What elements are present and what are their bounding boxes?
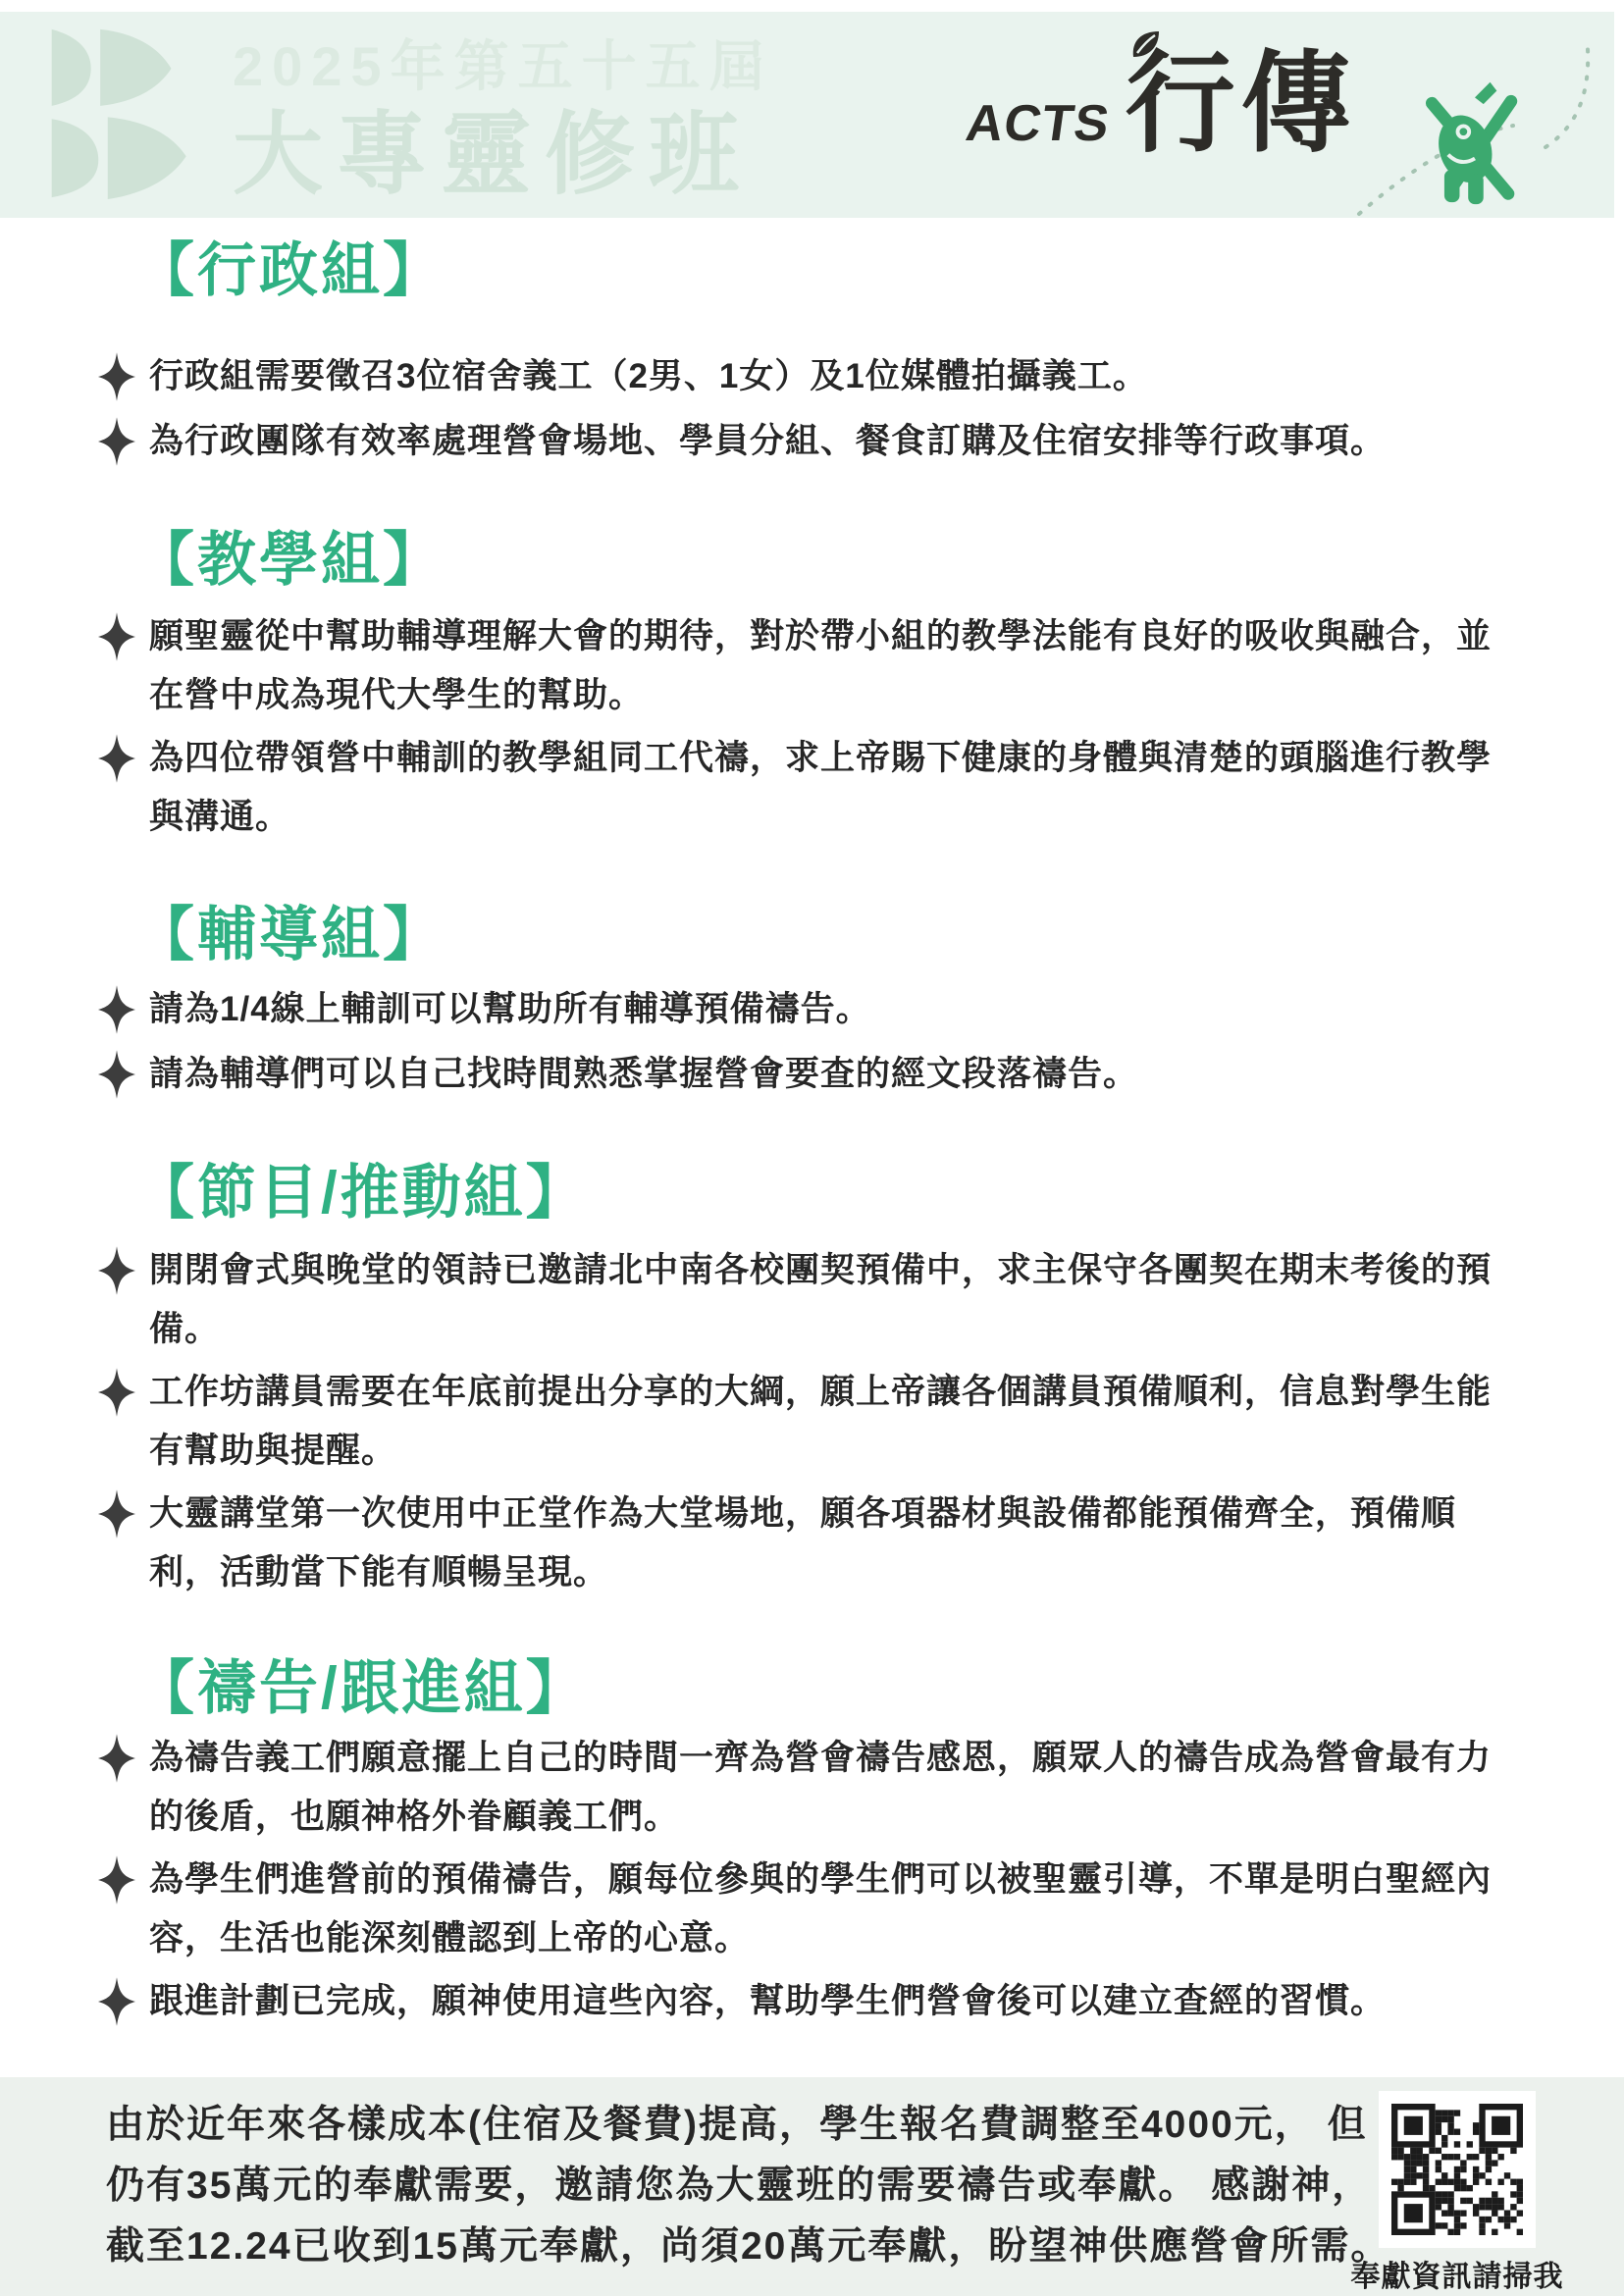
section-title-teaching: 【教學組】 bbox=[0, 525, 1624, 596]
sparkle-bullet-icon bbox=[98, 1727, 135, 1790]
bullet-text: 為學生們進營前的預備禱告，願每位參與的學生們可以被聖靈引導，不單是明白聖經內容，… bbox=[149, 1851, 1518, 1968]
sparkle-bullet-icon bbox=[98, 345, 135, 408]
bb-logo-icon bbox=[44, 27, 201, 200]
bullet-text: 工作坊講員需要在年底前提出分享的大綱，願上帝讓各個講員預備順利，信息對學生能有幫… bbox=[149, 1363, 1518, 1481]
sparkle-bullet-icon bbox=[98, 1483, 135, 1545]
bullet-list: 請為1/4線上輔訓可以幫助所有輔導預備禱告。 請為輔導們可以自己找時間熟悉掌握營… bbox=[0, 980, 1624, 1106]
camp-name: 大專靈修班 bbox=[233, 110, 773, 200]
donation-note-line: 截至12.24已收到15萬元奉獻，尚須20萬元奉獻，盼望神供應營會所需。 bbox=[106, 2217, 1390, 2277]
banner-right-margin bbox=[1614, 0, 1624, 218]
section-program: 【節目/推動組】 開閉會式與晚堂的領詩已邀請北中南各校團契預備中，求主保守各團契… bbox=[0, 1158, 1624, 1606]
list-item: 請為1/4線上輔訓可以幫助所有輔導預備禱告。 bbox=[98, 980, 1565, 1041]
bullet-text: 為禱告義工們願意擺上自己的時間一齊為營會禱告感恩，願眾人的禱告成為營會最有力的後… bbox=[149, 1729, 1518, 1847]
donation-footer: 由於近年來各樣成本(住宿及餐費)提高，學生報名費調整至4000元， 但 仍有35… bbox=[0, 2077, 1624, 2296]
bullet-list: 願聖靈從中幫助輔導理解大會的期待，對於帶小組的教學法能有良好的吸收與融合，並在營… bbox=[0, 607, 1624, 847]
acts-logo: ACTS 行傳 bbox=[967, 49, 1357, 159]
section-counseling: 【輔導組】 請為1/4線上輔訓可以幫助所有輔導預備禱告。 請為輔導們可以自己找時… bbox=[0, 900, 1624, 1110]
grasshopper-icon bbox=[1408, 75, 1542, 208]
list-item: 大靈講堂第一次使用中正堂作為大堂場地，願各項器材與設備都能預備齊全，預備順利，活… bbox=[98, 1485, 1565, 1602]
list-item: 工作坊講員需要在年底前提出分享的大綱，願上帝讓各個講員預備順利，信息對學生能有幫… bbox=[98, 1363, 1565, 1481]
list-item: 為行政團隊有效率處理營會場地、學員分組、餐食訂購及住宿安排等行政事項。 bbox=[98, 412, 1565, 473]
bullet-list: 行政組需要徵召3位宿舍義工（2男、1女）及1位媒體拍攝義工。 為行政團隊有效率處… bbox=[0, 347, 1624, 473]
poster-page: 2025年第五十五屆 大專靈修班 ACTS 行傳 bbox=[0, 0, 1624, 2296]
bullet-text: 開閉會式與晚堂的領詩已邀請北中南各校團契預備中，求主保守各團契在期末考後的預備。 bbox=[149, 1241, 1518, 1359]
list-item: 為禱告義工們願意擺上自己的時間一齊為營會禱告感恩，願眾人的禱告成為營會最有力的後… bbox=[98, 1729, 1565, 1847]
camp-logo-text: 2025年第五十五屆 大專靈修班 bbox=[233, 27, 773, 200]
list-item: 願聖靈從中幫助輔導理解大會的期待，對於帶小組的教學法能有良好的吸收與融合，並在營… bbox=[98, 607, 1565, 725]
leaf-icon bbox=[1129, 29, 1163, 59]
donation-note-line: 仍有35萬元的奉獻需要，邀請您為大靈班的需要禱告或奉獻。 感謝神， bbox=[106, 2156, 1390, 2217]
section-teaching: 【教學組】 願聖靈從中幫助輔導理解大會的期待，對於帶小組的教學法能有良好的吸收與… bbox=[0, 525, 1624, 851]
sparkle-bullet-icon bbox=[98, 1239, 135, 1302]
banner-top-margin bbox=[0, 0, 1624, 12]
section-title-program: 【節目/推動組】 bbox=[0, 1158, 1624, 1228]
list-item: 為學生們進營前的預備禱告，願每位參與的學生們可以被聖靈引導，不單是明白聖經內容，… bbox=[98, 1851, 1565, 1968]
bullet-text: 跟進計劃已完成，願神使用這些內容，幫助學生們營會後可以建立查經的習慣。 bbox=[149, 1972, 1518, 2031]
bullet-text: 大靈講堂第一次使用中正堂作為大堂場地，願各項器材與設備都能預備齊全，預備順利，活… bbox=[149, 1485, 1518, 1602]
list-item: 請為輔導們可以自己找時間熟悉掌握營會要查的經文段落禱告。 bbox=[98, 1045, 1565, 1106]
section-title-counseling: 【輔導組】 bbox=[0, 900, 1624, 970]
camp-edition: 2025年第五十五屆 bbox=[233, 39, 773, 94]
sparkle-bullet-icon bbox=[98, 727, 135, 790]
list-item: 行政組需要徵召3位宿舍義工（2男、1女）及1位媒體拍攝義工。 bbox=[98, 347, 1565, 408]
qr-caption: 奉獻資訊請掃我 bbox=[1320, 2252, 1595, 2295]
bullet-text: 為四位帶領營中輔訓的教學組同工代禱，求上帝賜下健康的身體與清楚的頭腦進行教學與溝… bbox=[149, 729, 1518, 847]
qr-code bbox=[1391, 2104, 1523, 2235]
sparkle-bullet-icon bbox=[98, 1849, 135, 1911]
list-item: 開閉會式與晚堂的領詩已邀請北中南各校團契預備中，求主保守各團契在期末考後的預備。 bbox=[98, 1241, 1565, 1359]
bullet-list: 開閉會式與晚堂的領詩已邀請北中南各校團契預備中，求主保守各團契在期末考後的預備。… bbox=[0, 1241, 1624, 1602]
sparkle-bullet-icon bbox=[98, 605, 135, 668]
section-title-prayer: 【禱告/跟進組】 bbox=[0, 1653, 1624, 1724]
sparkle-bullet-icon bbox=[98, 978, 135, 1041]
section-admin: 【行政組】 行政組需要徵召3位宿舍義工（2男、1女）及1位媒體拍攝義工。 為行政… bbox=[0, 235, 1624, 477]
sparkle-bullet-icon bbox=[98, 1043, 135, 1106]
bullet-list: 為禱告義工們願意擺上自己的時間一齊為營會禱告感恩，願眾人的禱告成為營會最有力的後… bbox=[0, 1729, 1624, 2033]
acts-cjk-text: 行傳 bbox=[1126, 49, 1357, 159]
bullet-text: 請為輔導們可以自己找時間熟悉掌握營會要查的經文段落禱告。 bbox=[149, 1045, 1518, 1104]
sparkle-bullet-icon bbox=[98, 1361, 135, 1424]
qr-code-frame bbox=[1379, 2091, 1536, 2248]
list-item: 為四位帶領營中輔訓的教學組同工代禱，求上帝賜下健康的身體與清楚的頭腦進行教學與溝… bbox=[98, 729, 1565, 847]
bullet-text: 為行政團隊有效率處理營會場地、學員分組、餐食訂購及住宿安排等行政事項。 bbox=[149, 412, 1518, 471]
section-prayer: 【禱告/跟進組】 為禱告義工們願意擺上自己的時間一齊為營會禱告感恩，願眾人的禱告… bbox=[0, 1653, 1624, 2037]
bullet-text: 行政組需要徵召3位宿舍義工（2男、1女）及1位媒體拍攝義工。 bbox=[149, 347, 1518, 406]
top-banner: 2025年第五十五屆 大專靈修班 ACTS 行傳 bbox=[0, 0, 1624, 218]
sparkle-bullet-icon bbox=[98, 410, 135, 473]
bullet-text: 願聖靈從中幫助輔導理解大會的期待，對於帶小組的教學法能有良好的吸收與融合，並在營… bbox=[149, 607, 1518, 725]
list-item: 跟進計劃已完成，願神使用這些內容，幫助學生們營會後可以建立查經的習慣。 bbox=[98, 1972, 1565, 2033]
donation-note: 由於近年來各樣成本(住宿及餐費)提高，學生報名費調整至4000元， 但 仍有35… bbox=[106, 2095, 1390, 2277]
acts-latin-text: ACTS bbox=[963, 98, 1113, 149]
donation-note-line: 由於近年來各樣成本(住宿及餐費)提高，學生報名費調整至4000元， 但 bbox=[106, 2095, 1390, 2156]
bullet-text: 請為1/4線上輔訓可以幫助所有輔導預備禱告。 bbox=[149, 980, 1518, 1039]
section-title-admin: 【行政組】 bbox=[0, 235, 1624, 306]
sparkle-bullet-icon bbox=[98, 1970, 135, 2033]
camp-logo: 2025年第五十五屆 大專靈修班 bbox=[44, 27, 773, 200]
